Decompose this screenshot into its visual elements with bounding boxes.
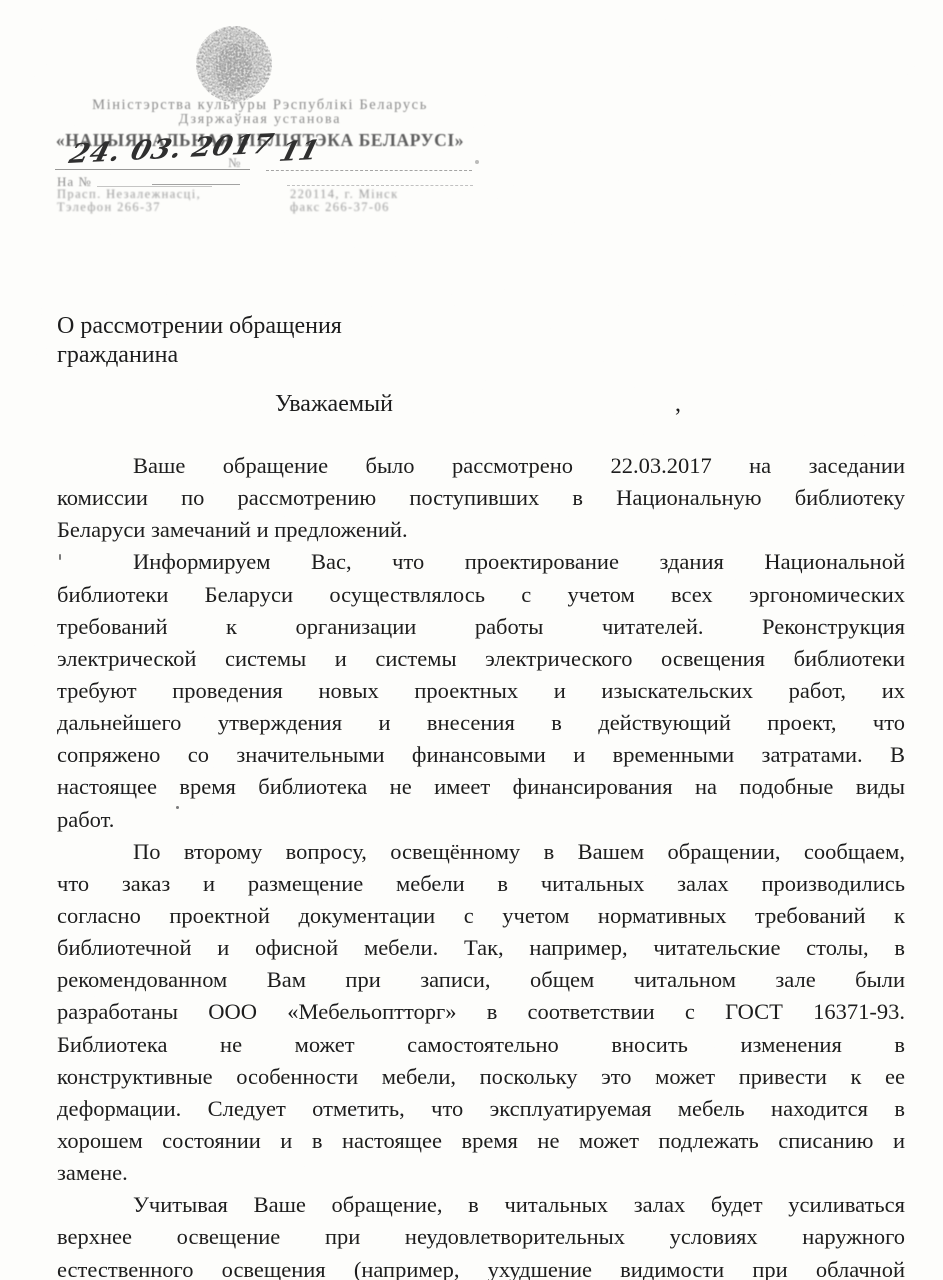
- handwritten-number: 11: [276, 135, 323, 168]
- scanned-letter-page: Міністэрства культуры Рэспублікі Беларус…: [0, 0, 943, 1280]
- body-line: комиссии по рассмотрению поступивших в Н…: [57, 482, 905, 514]
- body-line: Информируем Вас, что проектирование здан…: [57, 546, 905, 578]
- body-line: конструктивные особенности мебели, поско…: [57, 1061, 905, 1093]
- body-line: замене.: [57, 1157, 905, 1189]
- body-line: электрической системы и системы электрич…: [57, 643, 905, 675]
- salutation: Уважаемый,: [275, 391, 681, 418]
- salutation-word: Уважаемый: [275, 391, 393, 417]
- body-line: Ваше обращение было рассмотрено 22.03.20…: [57, 450, 905, 482]
- subject-line: О рассмотрении обращения: [57, 312, 342, 341]
- body-line: библиотеки Беларуси осуществлялось с уче…: [57, 579, 905, 611]
- contact-line: Тэлефон 266-37: [57, 201, 272, 214]
- letter-subject: О рассмотрении обращения гражданина: [57, 312, 342, 370]
- body-line: библиотечной и офисной мебели. Так, напр…: [57, 932, 905, 964]
- scan-speck: [475, 160, 479, 164]
- letter-body: Ваше обращение было рассмотрено 22.03.20…: [57, 450, 905, 1280]
- contact-address-left: Прасп. Незалежнасці, Тэлефон 266-37: [57, 188, 272, 214]
- body-line: естественного освещения (например, ухудш…: [57, 1254, 905, 1280]
- body-line: верхнее освещение при неудовлетворительн…: [57, 1221, 905, 1253]
- body-line: сопряжено со значительными финансовыми и…: [57, 739, 905, 771]
- contact-line: факс 266-37-06: [290, 201, 480, 214]
- org-type: Дзяржаўная установа: [50, 112, 470, 128]
- body-line: что заказ и размещение мебели в читальны…: [57, 868, 905, 900]
- incoming-ref-underline-2: [152, 184, 240, 185]
- body-line: настоящее время библиотека не имеет фина…: [57, 771, 905, 803]
- body-line: Учитывая Ваше обращение, в читальных зал…: [57, 1189, 905, 1221]
- body-line: требований к организации работы читателе…: [57, 611, 905, 643]
- salutation-comma: ,: [675, 391, 681, 417]
- address-rule: [287, 185, 473, 186]
- body-line: Библиотека не может самостоятельно вноси…: [57, 1029, 905, 1061]
- scan-speck: [176, 806, 179, 809]
- body-line: согласно проектной документации с учетом…: [57, 900, 905, 932]
- body-line: хорошем состоянии и в настоящее время не…: [57, 1125, 905, 1157]
- date-underline: [55, 169, 250, 170]
- contact-address-right: 220114, г. Мінск факс 266-37-06: [290, 188, 480, 214]
- scan-speck: [59, 554, 61, 560]
- coat-of-arms-emblem: [194, 24, 274, 106]
- body-line: деформации. Следует отметить, что эксплу…: [57, 1093, 905, 1125]
- body-line: рекомендованном Вам при записи, общем чи…: [57, 964, 905, 996]
- body-line: разработаны ООО «Мебельоптторг» в соотве…: [57, 996, 905, 1028]
- body-line: Беларуси замечаний и предложений.: [57, 514, 905, 546]
- body-line: работ.: [57, 804, 905, 836]
- number-underline: [266, 170, 472, 171]
- body-line: дальнейшего утверждения и внесения в дей…: [57, 707, 905, 739]
- subject-line: гражданина: [57, 341, 342, 370]
- body-line: требуют проведения новых проектных и изы…: [57, 675, 905, 707]
- body-line: По второму вопросу, освещённому в Вашем …: [57, 836, 905, 868]
